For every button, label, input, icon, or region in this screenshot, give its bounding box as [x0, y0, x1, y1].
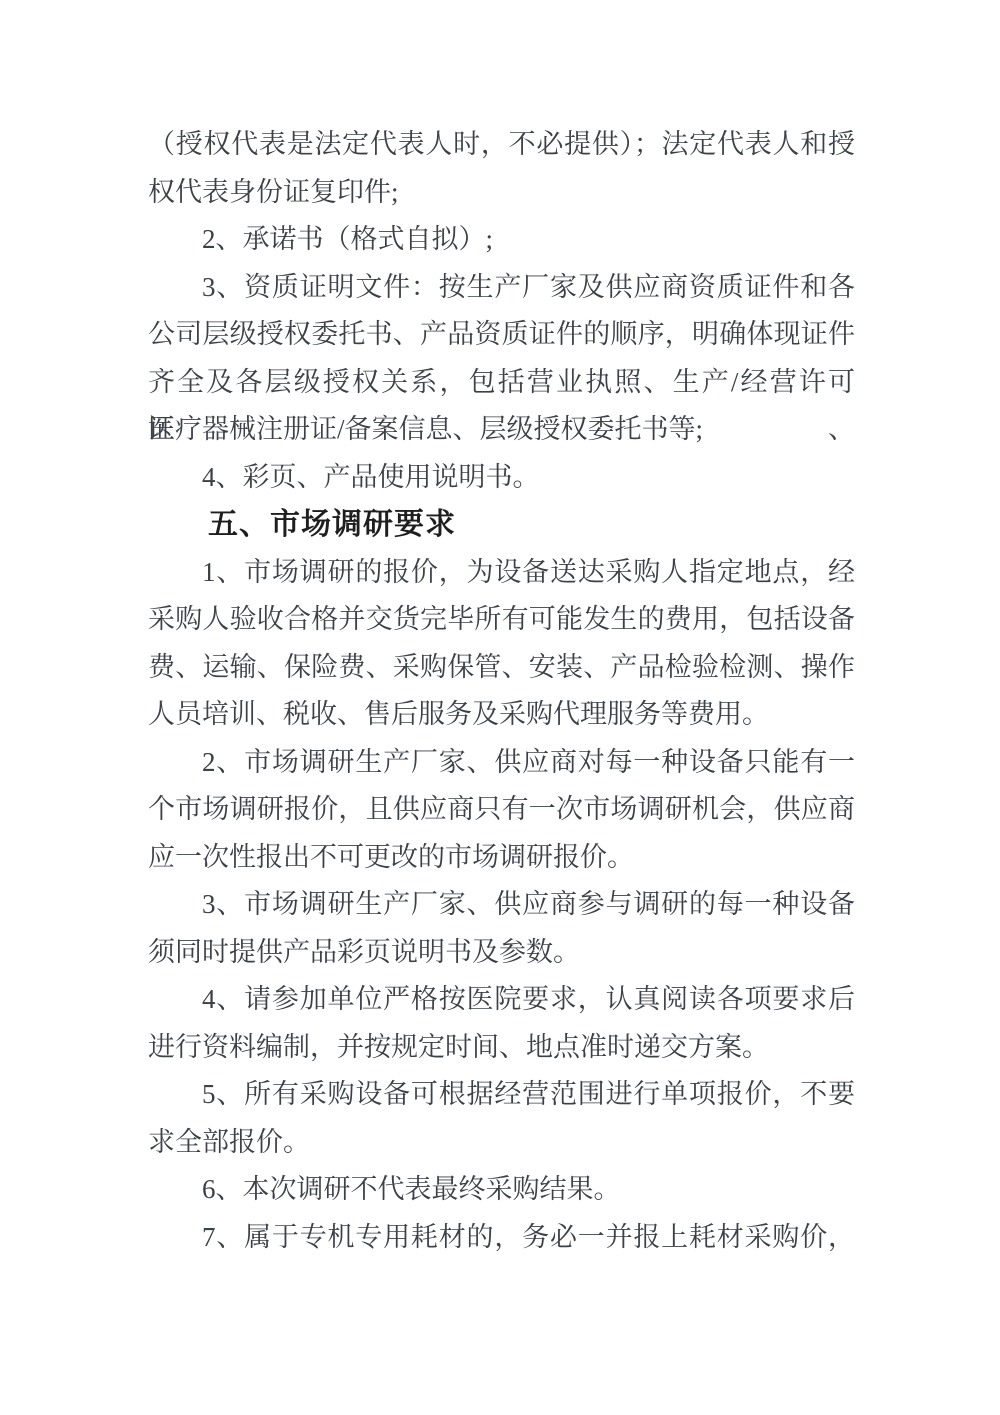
text-line: 2、市场调研生产厂家、供应商对每一种设备只能有一 [148, 739, 855, 787]
text-line: 3、资质证明文件：按生产厂家及供应商资质证件和各 [148, 264, 855, 312]
text-line: 求全部报价。 [148, 1119, 855, 1167]
text-line: 7、属于专机专用耗材的，务必一并报上耗材采购价， [148, 1214, 855, 1262]
text-line: 4、请参加单位严格按医院要求，认真阅读各项要求后 [148, 976, 855, 1024]
text-line: 2、承诺书（格式自拟）; [148, 216, 855, 264]
text-line: 3、市场调研生产厂家、供应商参与调研的每一种设备 [148, 881, 855, 929]
text-line: 个市场调研报价，且供应商只有一次市场调研机会，供应商 [148, 786, 855, 834]
text-line: 采购人验收合格并交货完毕所有可能发生的费用，包括设备 [148, 596, 855, 644]
text-line: 费、运输、保险费、采购保管、安装、产品检验检测、操作 [148, 644, 855, 692]
text-line: 齐全及各层级授权关系，包括营业执照、生产/经营许可证、 [148, 359, 855, 407]
text-line: 权代表身份证复印件; [148, 169, 855, 217]
text-line: 人员培训、税收、售后服务及采购代理服务等费用。 [148, 691, 855, 739]
document-page: （授权代表是法定代表人时，不必提供）；法定代表人和授权代表身份证复印件;2、承诺… [0, 0, 1000, 1415]
text-line: 6、本次调研不代表最终采购结果。 [148, 1166, 855, 1214]
section-heading: 五、市场调研要求 [148, 501, 855, 549]
text-line: 进行资料编制，并按规定时间、地点准时递交方案。 [148, 1024, 855, 1072]
text-line: 须同时提供产品彩页说明书及参数。 [148, 929, 855, 977]
text-line: 公司层级授权委托书、产品资质证件的顺序，明确体现证件 [148, 311, 855, 359]
text-line: （授权代表是法定代表人时，不必提供）；法定代表人和授 [148, 121, 855, 169]
text-line: 4、彩页、产品使用说明书。 [148, 454, 855, 502]
text-line: 5、所有采购设备可根据经营范围进行单项报价，不要 [148, 1071, 855, 1119]
text-line: 1、市场调研的报价，为设备送达采购人指定地点，经 [148, 549, 855, 597]
document-body: （授权代表是法定代表人时，不必提供）；法定代表人和授权代表身份证复印件;2、承诺… [148, 121, 855, 1261]
text-line: 应一次性报出不可更改的市场调研报价。 [148, 834, 855, 882]
